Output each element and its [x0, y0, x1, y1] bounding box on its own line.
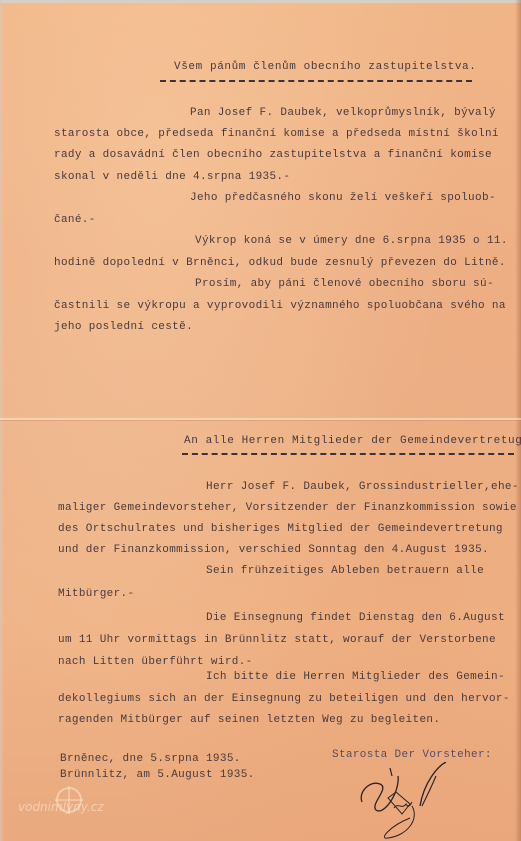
german-line-9: nach Litten überführt wird.- [58, 655, 253, 669]
german-line-10: Ich bitte die Herren Mitglieder des Geme… [206, 670, 505, 684]
czech-line-1: Pan Josef F. Daubek, velkoprůmyslník, bý… [190, 106, 496, 120]
paper-edge-right [515, 0, 521, 841]
czech-line-11: jeho poslední cestě. [54, 320, 193, 334]
czech-line-9: Prosím, aby páni členové obecního sboru … [195, 277, 494, 291]
czech-line-7: Výkrop koná se v úmery dne 6.srpna 1935 … [195, 234, 508, 248]
german-line-5: Sein frühzeitiges Ableben betrauern alle [206, 564, 484, 578]
german-line-2: maliger Gemeindevorsteher, Vorsitzender … [58, 501, 517, 515]
german-line-11: dekollegiums sich an der Einsegnung zu b… [58, 692, 510, 706]
czech-line-4: skonal v neděli dne 4.srpna 1935.- [54, 170, 290, 184]
german-line-7: Die Einsegnung findet Dienstag den 6.Aug… [206, 611, 505, 625]
handwritten-signature-icon [350, 762, 490, 840]
paper-edge-top [0, 0, 521, 3]
czech-line-2: starosta obce, předseda finanční komise … [54, 127, 499, 141]
german-heading-underline [182, 453, 514, 455]
place-date-german: Brünnlitz, am 5.August 1935. [60, 768, 255, 782]
czech-line-3: rady a dosavádní člen obecního zastupite… [54, 148, 492, 162]
czech-line-5: Jeho předčasného skonu želí veškeří spol… [190, 191, 496, 205]
paper-edge-left [0, 0, 4, 841]
german-line-1: Herr Josef F. Daubek, Grossindustrieller… [206, 480, 519, 494]
signatory-title: Starosta Der Vorsteher: [332, 748, 492, 762]
place-date-czech: Brněnec, dne 5.srpna 1935. [60, 752, 241, 766]
german-line-4: und der Finanzkommission, verschied Sonn… [58, 543, 489, 557]
czech-heading-underline [160, 80, 472, 82]
czech-line-10: častnili se výkropu a vyprovodili význam… [54, 299, 506, 313]
watermark-text: vodnimlyny.cz [18, 800, 104, 814]
german-heading: An alle Herren Mitglieder der Gemeindeve… [184, 435, 521, 447]
czech-line-8: hodině dopolední v Brněnci, odkud bude z… [54, 256, 506, 270]
czech-line-6: čané.- [54, 213, 96, 227]
german-line-6: Mitbürger.- [58, 587, 134, 601]
scanned-document-page: Všem pánům členům obecního zastupitelstv… [0, 0, 521, 841]
czech-heading: Všem pánům členům obecního zastupitelstv… [174, 61, 476, 73]
german-line-12: ragenden Mitbürger auf seinen letzten We… [58, 713, 440, 727]
paper-fold-line [0, 418, 521, 420]
german-line-8: um 11 Uhr vormittags in Brünnlitz statt,… [58, 633, 496, 647]
german-line-3: des Ortschulrates und bisheriges Mitglie… [58, 522, 503, 536]
